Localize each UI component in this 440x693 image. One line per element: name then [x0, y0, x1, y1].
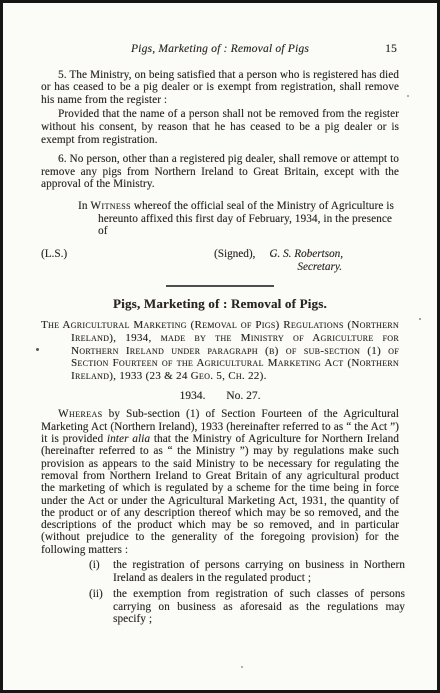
running-header: Pigs, Marketing of : Removal of Pigs 15	[41, 43, 399, 56]
regulation-year: 1934.	[180, 390, 206, 402]
regulation-citation: 1934. No. 27.	[41, 390, 399, 403]
paragraph-6: 6. No person, other than a registered pi…	[41, 153, 399, 191]
regulation-heading: Pigs, Marketing of : Removal of Pigs.	[41, 296, 399, 312]
signed-label: (Signed),	[214, 248, 255, 261]
list-item-ii: (ii) the exemption from registration of …	[89, 588, 405, 626]
signature-row: (L.S.) (Signed), G. S. Robertson,	[41, 248, 399, 261]
paragraph-5: 5. The Ministry, on being satisfied that…	[41, 69, 399, 107]
seal-mark: (L.S.)	[41, 248, 67, 261]
scan-speck	[419, 318, 421, 320]
regulation-preamble: The Agricultural Marketing (Removal of P…	[41, 319, 399, 383]
page-number: 15	[385, 43, 397, 56]
scan-speck	[36, 348, 39, 351]
list-item-i: (i) the registration of persons carrying…	[89, 559, 405, 584]
signatory-name: G. S. Robertson,	[269, 248, 343, 261]
item-text: the registration of persons carrying on …	[113, 559, 405, 584]
scanned-document-page: Pigs, Marketing of : Removal of Pigs 15 …	[0, 0, 440, 693]
scan-speck	[271, 255, 273, 257]
item-marker: (i)	[89, 559, 113, 584]
running-header-title: Pigs, Marketing of : Removal of Pigs	[131, 43, 309, 55]
signatory-title: Secretary.	[41, 261, 342, 274]
scan-speck	[407, 95, 409, 97]
regulation-number: No. 27.	[226, 390, 260, 402]
whereas-paragraph: Whereas by Sub-section (1) of Section Fo…	[41, 408, 399, 556]
scan-speck	[241, 666, 243, 668]
witness-clause: In Witness whereof the official seal of …	[78, 200, 400, 238]
section-divider-rule	[166, 285, 274, 287]
paragraph-proviso: Provided that the name of a person shall…	[41, 108, 399, 146]
item-text: the exemption from registration of such …	[113, 588, 405, 626]
item-marker: (ii)	[89, 588, 113, 626]
